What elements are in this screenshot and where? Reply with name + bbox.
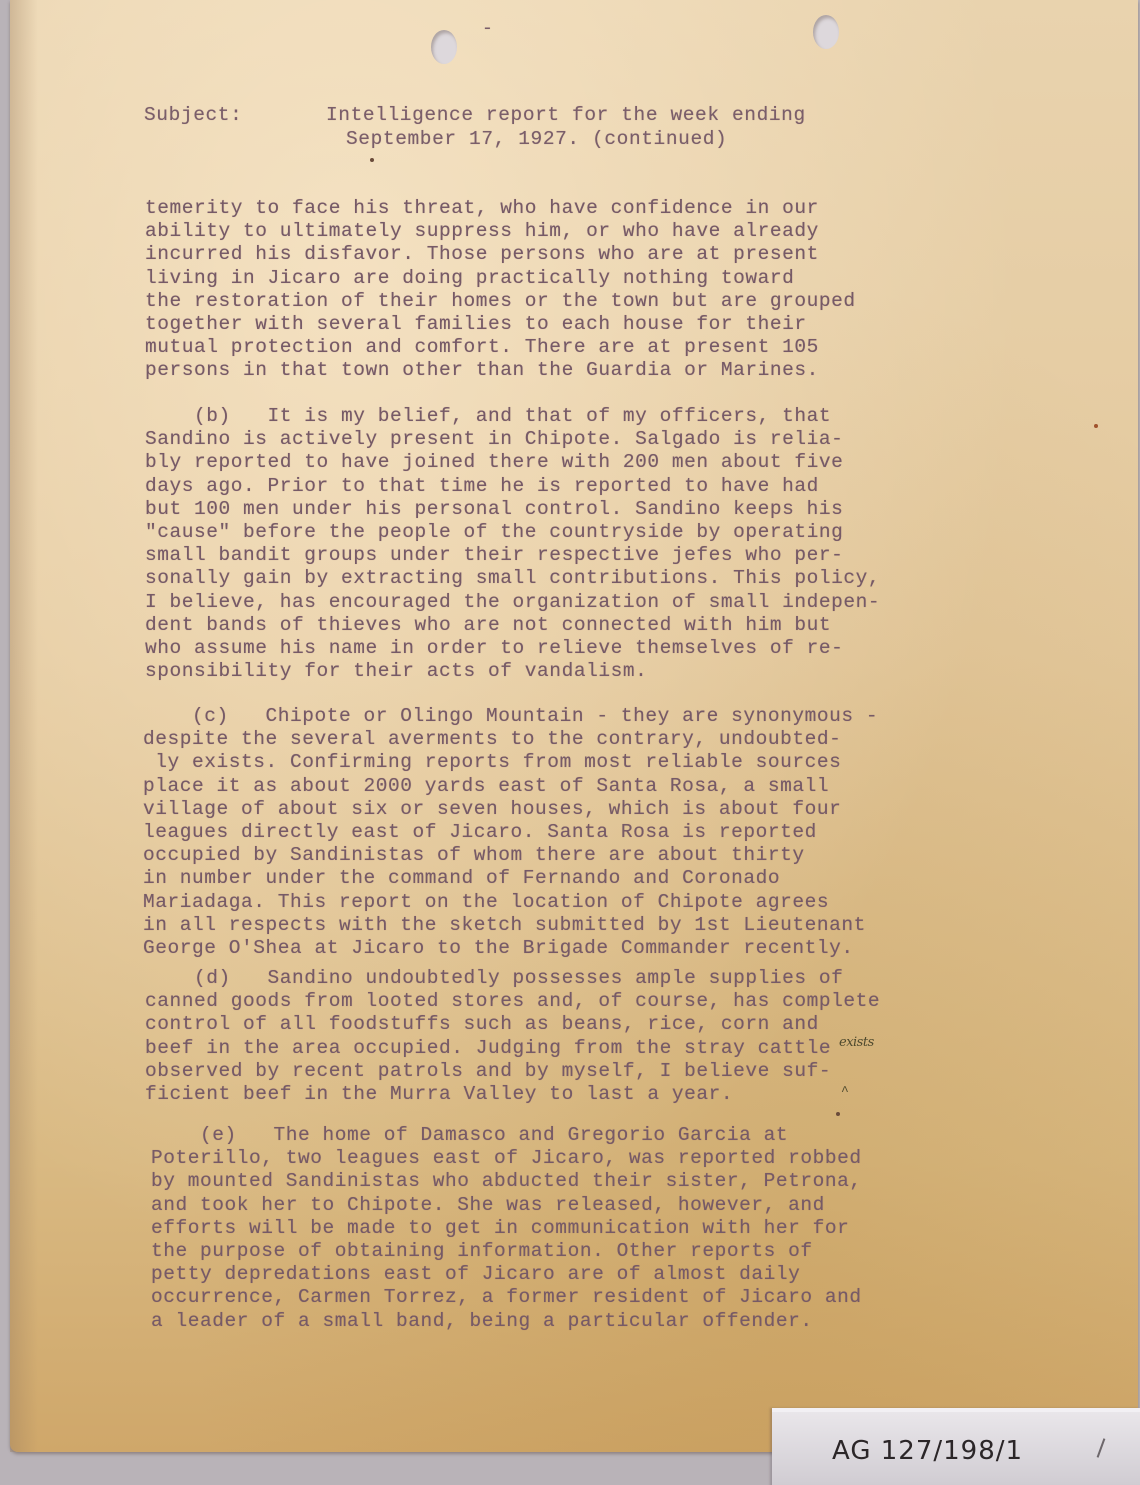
typed-line: (b) It is my belief, and that of my offi… xyxy=(145,405,880,428)
typed-line: beef in the area occupied. Judging from … xyxy=(145,1037,880,1060)
typed-line: living in Jicaro are doing practically n… xyxy=(145,267,856,290)
typed-line: persons in that town other than the Guar… xyxy=(145,359,856,382)
ink-speck xyxy=(1094,424,1098,428)
typed-line: but 100 men under his personal control. … xyxy=(145,498,880,521)
paragraph-d: (d) Sandino undoubtedly possesses ample … xyxy=(145,967,880,1106)
typed-line: the restoration of their homes or the to… xyxy=(145,290,856,313)
typed-line: village of about six or seven houses, wh… xyxy=(143,798,878,821)
subject-label: Subject: xyxy=(144,104,242,127)
typed-document-page: - Subject: Intelligence report for the w… xyxy=(10,0,1138,1452)
typed-line: "cause" before the people of the country… xyxy=(145,521,880,544)
typed-line: occupied by Sandinistas of whom there ar… xyxy=(143,844,878,867)
typed-line: (c) Chipote or Olingo Mountain - they ar… xyxy=(143,705,878,728)
typed-line: ability to ultimately suppress him, or w… xyxy=(145,220,856,243)
typed-line: small bandit groups under their respecti… xyxy=(145,544,880,567)
paragraph-e: (e) The home of Damasco and Gregorio Gar… xyxy=(151,1124,862,1333)
punch-hole xyxy=(813,15,839,49)
typed-line: and took her to Chipote. She was release… xyxy=(151,1194,862,1217)
typed-line: leagues directly east of Jicaro. Santa R… xyxy=(143,821,878,844)
typed-line: (e) The home of Damasco and Gregorio Gar… xyxy=(151,1124,862,1147)
ink-speck xyxy=(836,1112,840,1116)
pencil-mark xyxy=(1097,1438,1106,1457)
typed-line: Sandino is actively present in Chipote. … xyxy=(145,428,880,451)
typed-line: dent bands of thieves who are not connec… xyxy=(145,614,880,637)
typed-line: in all respects with the sketch submitte… xyxy=(143,914,878,937)
subject-title: Intelligence report for the week ending xyxy=(326,104,806,127)
typed-line: ficient beef in the Murra Valley to last… xyxy=(145,1083,880,1106)
archive-reference: AG 127/198/1 xyxy=(832,1436,1023,1466)
paragraph-a-continued: temerity to face his threat, who have co… xyxy=(145,197,856,383)
paragraph-b: (b) It is my belief, and that of my offi… xyxy=(145,405,880,683)
typed-line: mutual protection and comfort. There are… xyxy=(145,336,856,359)
typed-line: the purpose of obtaining information. Ot… xyxy=(151,1240,862,1263)
typed-line: incurred his disfavor. Those persons who… xyxy=(145,243,856,266)
typed-line: by mounted Sandinistas who abducted thei… xyxy=(151,1170,862,1193)
typed-line: I believe, has encouraged the organizati… xyxy=(145,591,880,614)
typed-line: place it as about 2000 yards east of San… xyxy=(143,775,878,798)
typed-line: Mariadaga. This report on the location o… xyxy=(143,891,878,914)
page-marker: - xyxy=(482,18,493,41)
typed-line: despite the several averments to the con… xyxy=(143,728,878,751)
typed-line: canned goods from looted stores and, of … xyxy=(145,990,880,1013)
ink-speck xyxy=(370,158,374,162)
typed-line: sonally gain by extracting small contrib… xyxy=(145,567,880,590)
typed-line: occurrence, Carmen Torrez, a former resi… xyxy=(151,1286,862,1309)
typed-line: control of all foodstuffs such as beans,… xyxy=(145,1013,880,1036)
typed-line: who assume his name in order to relieve … xyxy=(145,637,880,660)
typed-line: George O'Shea at Jicaro to the Brigade C… xyxy=(143,937,878,960)
typed-line: (d) Sandino undoubtedly possesses ample … xyxy=(145,967,880,990)
typed-line: Poterillo, two leagues east of Jicaro, w… xyxy=(151,1147,862,1170)
typed-line: temerity to face his threat, who have co… xyxy=(145,197,856,220)
typed-line: together with several families to each h… xyxy=(145,313,856,336)
typed-line: sponsibility for their acts of vandalism… xyxy=(145,660,880,683)
typed-line: efforts will be made to get in communica… xyxy=(151,1217,862,1240)
typed-line: observed by recent patrols and by myself… xyxy=(145,1060,880,1083)
typed-line: days ago. Prior to that time he is repor… xyxy=(145,475,880,498)
typed-line: petty depredations east of Jicaro are of… xyxy=(151,1263,862,1286)
subject-date: September 17, 1927. (continued) xyxy=(346,128,727,151)
handwritten-insertion: exists xyxy=(839,1035,874,1050)
typed-line: a leader of a small band, being a partic… xyxy=(151,1310,862,1333)
typed-line: ly exists. Confirming reports from most … xyxy=(143,751,878,774)
typed-line: bly reported to have joined there with 2… xyxy=(145,451,880,474)
insertion-caret: ^ xyxy=(841,1084,849,1099)
archive-reference-label: AG 127/198/1 xyxy=(772,1408,1140,1485)
typed-line: in number under the command of Fernando … xyxy=(143,867,878,890)
paragraph-c: (c) Chipote or Olingo Mountain - they ar… xyxy=(143,705,878,960)
punch-hole xyxy=(431,30,457,64)
